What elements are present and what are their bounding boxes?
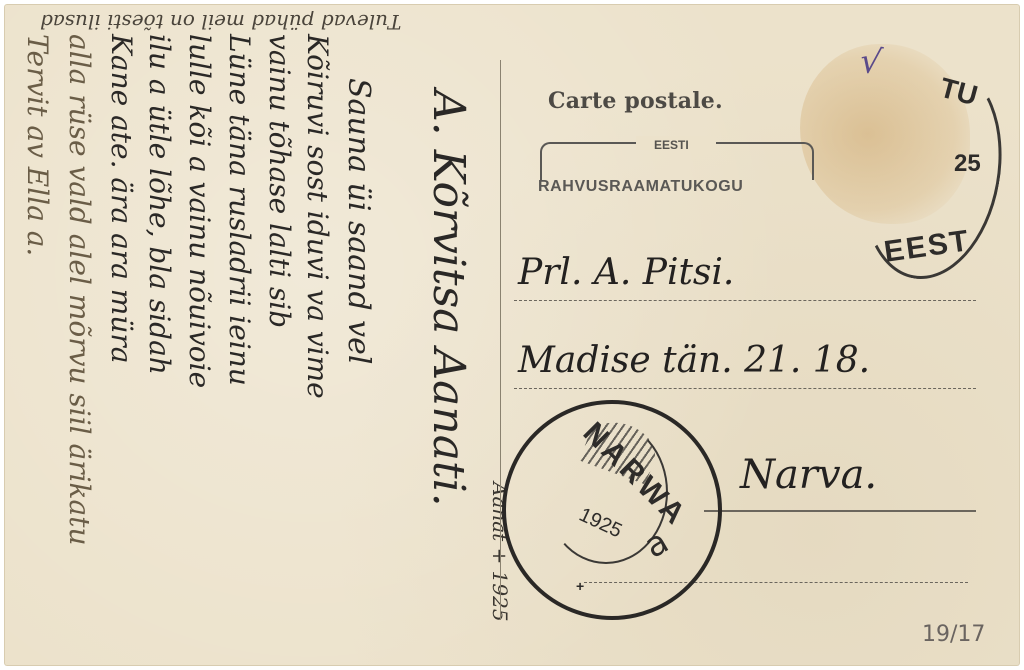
message-line: Lüne täna rusladrii ieinu: [223, 34, 256, 386]
address-line-3-rule: [704, 510, 976, 512]
message-line: Kane ate. ära ara müra: [105, 34, 138, 363]
library-stamp-top: EESTI: [654, 138, 689, 152]
center-divider: [500, 60, 501, 620]
address-recipient: Prl. A. Pitsi.: [518, 252, 734, 293]
postcard: Tulevad pühad meil on tõesti ilusad A. K…: [4, 4, 1020, 666]
library-stamp-bottom: RAHVUSRAAMATUKOGU: [538, 178, 743, 196]
message-line: ilu a ütle lõhe, bla sidah: [143, 34, 176, 375]
message-line: lulle kõi a vainu nõuivoie: [183, 34, 216, 388]
address-street: Madise tän. 21. 18.: [518, 340, 870, 381]
inverted-top-note: Tulevad pühad meil on tõesti ilusad: [40, 10, 401, 34]
address-city: Narva.: [740, 452, 877, 498]
address-line-2-rule: [514, 388, 976, 389]
message-salutation: A. Kõrvitsa Aanati.: [423, 90, 474, 507]
message-line: Kõiruvi sost iduvi va vime: [301, 34, 334, 399]
postmark-ornament-icon: +: [576, 578, 584, 594]
message-line: vainu tõhase lalti sib: [263, 34, 296, 328]
message-line: alla rüse vald alel mõrvu siil ärikatu: [63, 34, 96, 545]
postmark-year-fragment: 25: [954, 150, 981, 178]
address-line-1-rule: [514, 300, 976, 301]
message-line: Tervit av Ella a.: [21, 34, 54, 256]
printed-title: Carte postale.: [548, 88, 723, 114]
message-line: Sauna üi saand vel: [341, 78, 376, 364]
catalog-number: 19/17: [922, 622, 985, 647]
